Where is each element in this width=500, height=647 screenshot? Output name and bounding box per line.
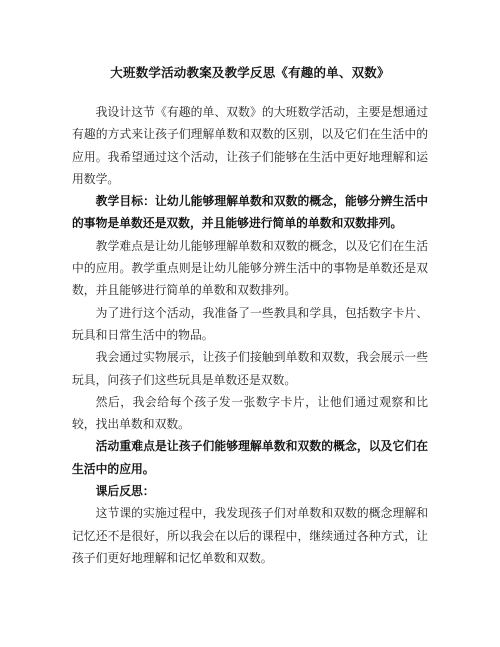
paragraph-5: 我会通过实物展示，让孩子们接触到单数和双数，我会展示一些玩具，问孩子们这些玩具是… — [72, 346, 428, 391]
document-body: 我设计这节《有趣的单、双数》的大班数学活动，主要是想通过有趣的方式来让孩子们理解… — [72, 101, 428, 569]
paragraph-3: 教学难点是让幼儿能够理解单数和双数的概念，以及它们在生活中的应用。教学重点则是让… — [72, 235, 428, 302]
document-page: 大班数学活动教案及教学反思《有趣的单、双数》 我设计这节《有趣的单、双数》的大班… — [0, 0, 500, 647]
paragraph-4: 为了进行这个活动，我准备了一些教具和学具，包括数字卡片、玩具和日常生活中的物品。 — [72, 302, 428, 347]
paragraph-7: 活动重难点是让孩子们能够理解单数和双数的概念，以及它们在生活中的应用。 — [72, 435, 428, 480]
document-content: 大班数学活动教案及教学反思《有趣的单、双数》 我设计这节《有趣的单、双数》的大班… — [0, 0, 500, 569]
document-title: 大班数学活动教案及教学反思《有趣的单、双数》 — [72, 63, 428, 84]
paragraph-9: 这节课的实施过程中，我发现孩子们对单数和双数的概念理解和记忆还不是很好，所以我会… — [72, 502, 428, 569]
paragraph-6: 然后，我会给每个孩子发一张数字卡片，让他们通过观察和比较，找出单数和双数。 — [72, 391, 428, 436]
paragraph-2: 教学目标：让幼儿能够理解单数和双数的概念，能够分辨生活中的事物是单数还是双数，并… — [72, 190, 428, 235]
paragraph-8: 课后反思： — [72, 480, 428, 502]
paragraph-1: 我设计这节《有趣的单、双数》的大班数学活动，主要是想通过有趣的方式来让孩子们理解… — [72, 101, 428, 190]
